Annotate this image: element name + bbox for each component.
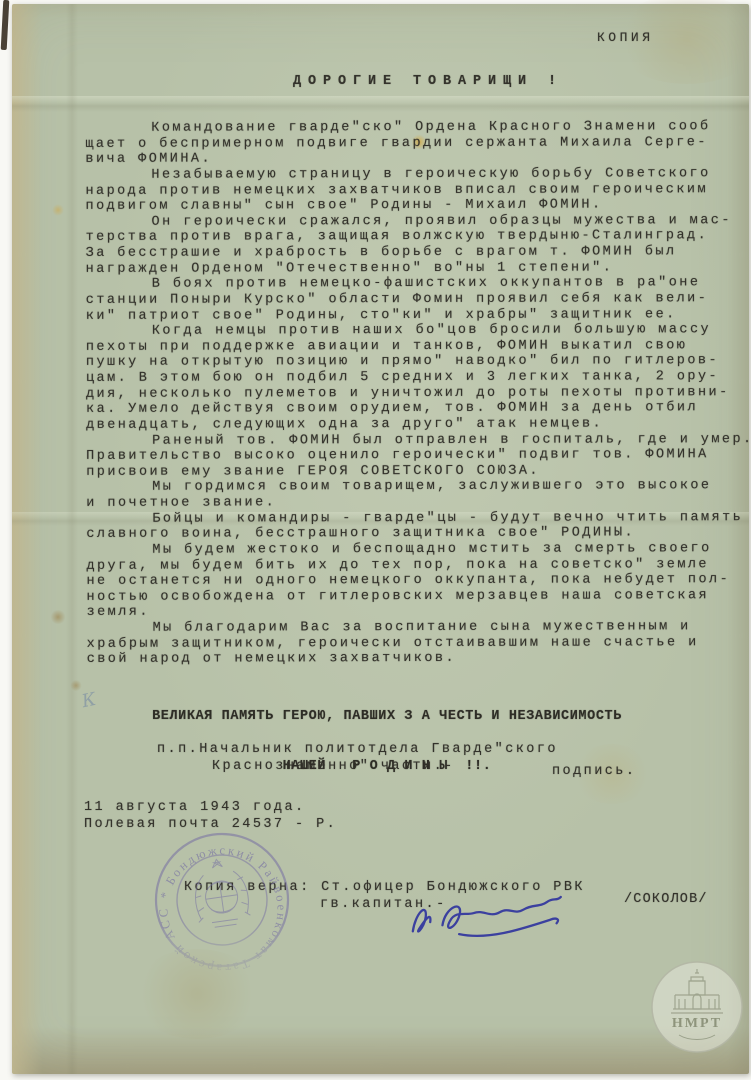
- slogan-line-1: ВЕЛИКАЯ ПАМЯТЬ ГЕРОЮ, ПАВШИХ З А ЧЕСТЬ И…: [67, 709, 707, 726]
- body-line: В боях против немецко-фашистских оккупан…: [86, 275, 751, 292]
- copy-label: КОПИЯ: [597, 30, 654, 45]
- captain-signature-icon: [402, 880, 577, 955]
- body-line: и почетное звание.: [86, 494, 751, 511]
- fold-crease-top: [12, 96, 749, 112]
- body-line: не останется ни одного немецкого оккупан…: [86, 572, 751, 589]
- body-line: Незабываемую страницу в героическую борь…: [85, 166, 751, 183]
- museum-watermark-icon: НМРТ: [649, 959, 745, 1055]
- military-commissariat-stamp-icon: * Бондюжский Райвоенкомат Татарской АССР: [147, 825, 297, 975]
- body-line: Раненый тов. ФОМИН был отправлен в госпи…: [86, 432, 751, 449]
- body-line: народа против немецких захватчиков вписа…: [85, 182, 751, 199]
- body-line: друга, мы будем бить их до тех пор, пока…: [86, 557, 751, 574]
- body-line: ка. Умело действуя своим орудием, тов. Ф…: [86, 400, 751, 417]
- body-line: славного воина, бесстрашного защитника с…: [86, 525, 751, 542]
- body-line: Правительство высоко оценило героически"…: [86, 447, 751, 464]
- body-line: станции Поныри Курско" области Фомин про…: [86, 291, 751, 308]
- signoff-line-1: п.п.Начальник политотдела Гварде"ского: [157, 742, 558, 757]
- document-body: Командование гварде"ско" Ордена Красного…: [85, 119, 751, 668]
- paper-stain: [50, 610, 66, 624]
- body-line: За бесстрашие и храбрость в борьбе с вра…: [86, 244, 751, 261]
- body-line: цам. В этом бою он подбил 5 средних и 3 …: [86, 369, 751, 386]
- body-line: вича ФОМИНА.: [85, 150, 751, 167]
- date-line: 11 августа 1943 года.: [84, 800, 306, 815]
- body-line: терства против врага, защищая волжскую т…: [86, 229, 751, 246]
- body-line: ки" патриот свое" Родины, сто"ки" и храб…: [86, 307, 751, 324]
- body-line: пушку на открытую позицию и прямо" навод…: [86, 354, 751, 371]
- body-line: ностью освобождена от гитлеровских мерза…: [87, 588, 751, 605]
- document-page: КОПИЯ ДОРОГИЕ ТОВАРИЩИ ! Командование гв…: [12, 4, 749, 1074]
- body-line: Командование гварде"ско" Ордена Красного…: [85, 119, 751, 136]
- body-line: Когда немцы против наших бо"цов бросили …: [86, 322, 751, 339]
- body-line: Мы гордимся своим товарищем, заслужившег…: [86, 479, 751, 496]
- paper-stain: [52, 204, 64, 216]
- body-line: щает о беспримерном подвиге гвардии серж…: [85, 135, 751, 152]
- watermark-label: НМРТ: [672, 1016, 722, 1031]
- fold-crease-vertical: [66, 4, 78, 1074]
- signature-placeholder-label: подпись.: [552, 764, 636, 779]
- certifier-name: /СОКОЛОВ/: [624, 892, 708, 907]
- document-title: ДОРОГИЕ ТОВАРИЩИ !: [293, 74, 563, 89]
- scan-edge-mark: [1, 0, 10, 50]
- body-line: Бойцы и командиры - гварде"цы - будут ве…: [86, 510, 751, 527]
- body-line: земля.: [87, 604, 751, 621]
- signoff-line-2: Краснознаменно" части.-: [212, 759, 455, 774]
- body-line: Мы благодарим Вас за воспитание сына муж…: [87, 619, 751, 636]
- body-line: храбрым защитником, героически отстаивав…: [87, 635, 751, 652]
- body-line: Мы будем жестоко и беспощадно мстить за …: [86, 541, 751, 558]
- body-line: свой народ от немецких захватчиков.: [87, 650, 751, 667]
- body-line: подвигом славны" сын свое" Родины - Миха…: [85, 197, 751, 214]
- scan-background: КОПИЯ ДОРОГИЕ ТОВАРИЩИ ! Командование гв…: [0, 0, 751, 1080]
- body-line: двенадцать, следующих одна за друго" ата…: [86, 416, 751, 433]
